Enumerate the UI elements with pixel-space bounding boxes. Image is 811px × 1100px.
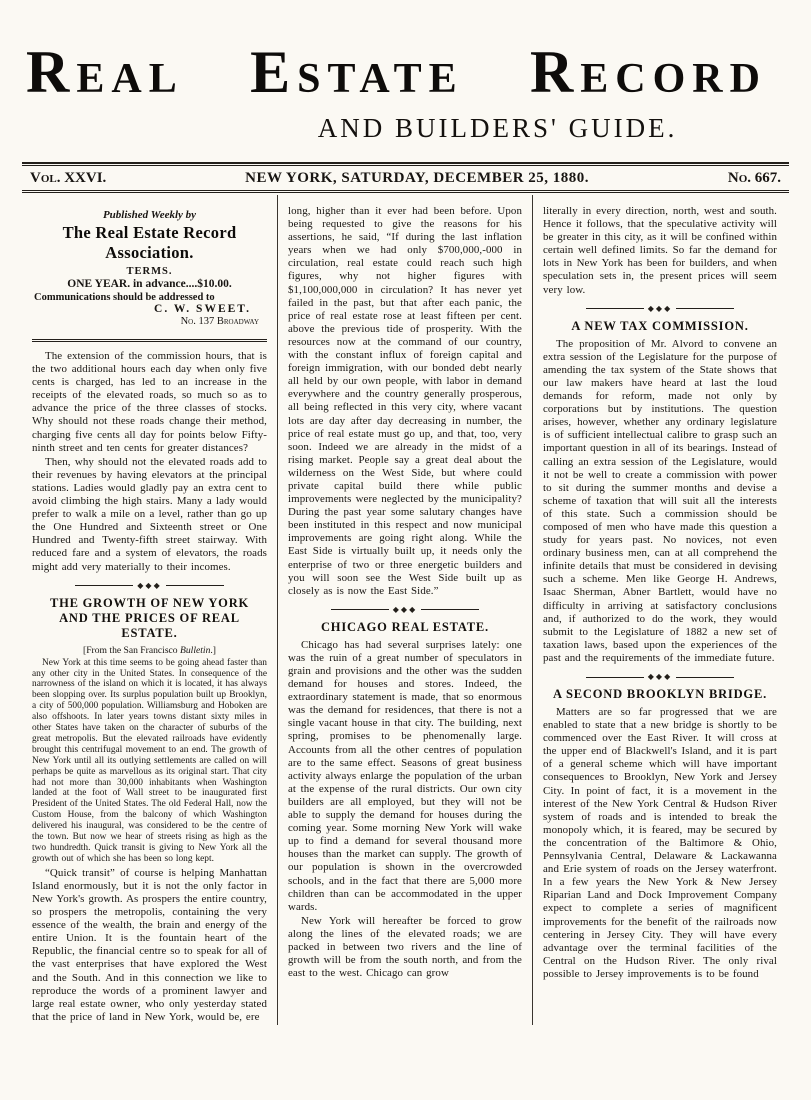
editor-name: C. W. SWEET. <box>34 303 265 315</box>
section-divider: ◆◆◆ <box>543 305 777 313</box>
communications-note: Communications should be addressed to <box>34 292 265 303</box>
column-3: literally in every direction, north, wes… <box>532 195 787 1025</box>
article-paragraph: “Quick transit” of course is helping Man… <box>32 867 267 1024</box>
section-heading-second-brooklyn-bridge: A SECOND BROOKLYN BRIDGE. <box>549 687 771 702</box>
publisher-address: No. 137 Broadway <box>34 316 265 327</box>
column-1: Published Weekly by The Real Estate Reco… <box>22 195 277 1025</box>
paper-title-word-3: Record <box>530 38 767 107</box>
masthead: Real Estate Record AND BUILDERS' GUIDE. … <box>22 30 789 193</box>
section-heading-chicago-real-estate: CHICAGO REAL ESTATE. <box>294 620 516 635</box>
section-divider: ◆◆◆ <box>288 606 522 614</box>
article-paragraph-continued: long, higher than it ever had been befor… <box>288 205 522 598</box>
paper-title-word-2: Estate <box>250 38 464 107</box>
column-2: long, higher than it ever had been befor… <box>277 195 532 1025</box>
article-paragraph: Chicago has had several surprises lately… <box>288 639 522 914</box>
source-prefix: [From the San Francisco <box>83 645 180 656</box>
section-divider: ◆◆◆ <box>32 582 267 590</box>
section-heading-new-tax-commission: A NEW TAX COMMISSION. <box>549 319 771 334</box>
volume-label: Vol. XXVI. <box>30 170 106 187</box>
article-paragraph: Then, why should not the elevated roads … <box>32 456 267 574</box>
publisher-name: The Real Estate Record Association. <box>34 223 265 263</box>
divider-ornament-icon: ◆◆◆ <box>137 582 161 590</box>
article-paragraph-smallprint: New York at this time seems to be going … <box>32 658 267 865</box>
published-weekly-label: Published Weekly by <box>34 209 265 221</box>
article-paragraph: The extension of the commission hours, t… <box>32 350 267 455</box>
terms-label: TERMS. <box>34 266 265 277</box>
dateline-row: Vol. XXVI. NEW YORK, SATURDAY, DECEMBER … <box>22 166 789 190</box>
section-heading-growth-of-new-york: THE GROWTH OF NEW YORK AND THE PRICES OF… <box>38 596 261 641</box>
article-paragraph: Matters are so far progressed that we ar… <box>543 706 777 981</box>
divider-ornament-icon: ◆◆◆ <box>393 606 417 614</box>
subscription-price: ONE YEAR. in advance....$10.00. <box>34 278 265 290</box>
paper-title: Real Estate Record <box>22 30 789 107</box>
article-source-credit: [From the San Francisco Bulletin.] <box>32 645 267 656</box>
date-label: NEW YORK, SATURDAY, DECEMBER 25, 1880. <box>245 170 589 187</box>
divider-ornament-icon: ◆◆◆ <box>648 673 672 681</box>
paper-title-word-1: Real <box>26 38 184 107</box>
paper-subtitle: AND BUILDERS' GUIDE. <box>22 113 789 144</box>
issue-number: No. 667. <box>728 170 781 187</box>
section-divider: ◆◆◆ <box>543 673 777 681</box>
article-paragraph-continued: literally in every direction, north, wes… <box>543 205 777 297</box>
masthead-rule-top: Vol. XXVI. NEW YORK, SATURDAY, DECEMBER … <box>22 162 789 193</box>
divider-ornament-icon: ◆◆◆ <box>648 305 672 313</box>
source-publication: Bulletin <box>180 645 210 656</box>
publisher-box: Published Weekly by The Real Estate Reco… <box>32 205 267 333</box>
article-paragraph: New York will hereafter be forced to gro… <box>288 915 522 980</box>
double-rule <box>22 190 789 193</box>
newspaper-page: Real Estate Record AND BUILDERS' GUIDE. … <box>0 0 811 1100</box>
article-paragraph: The proposition of Mr. Alvord to convene… <box>543 338 777 665</box>
article-columns: Published Weekly by The Real Estate Reco… <box>22 195 789 1025</box>
publisher-box-rule <box>32 339 267 342</box>
source-suffix: .] <box>210 645 216 656</box>
